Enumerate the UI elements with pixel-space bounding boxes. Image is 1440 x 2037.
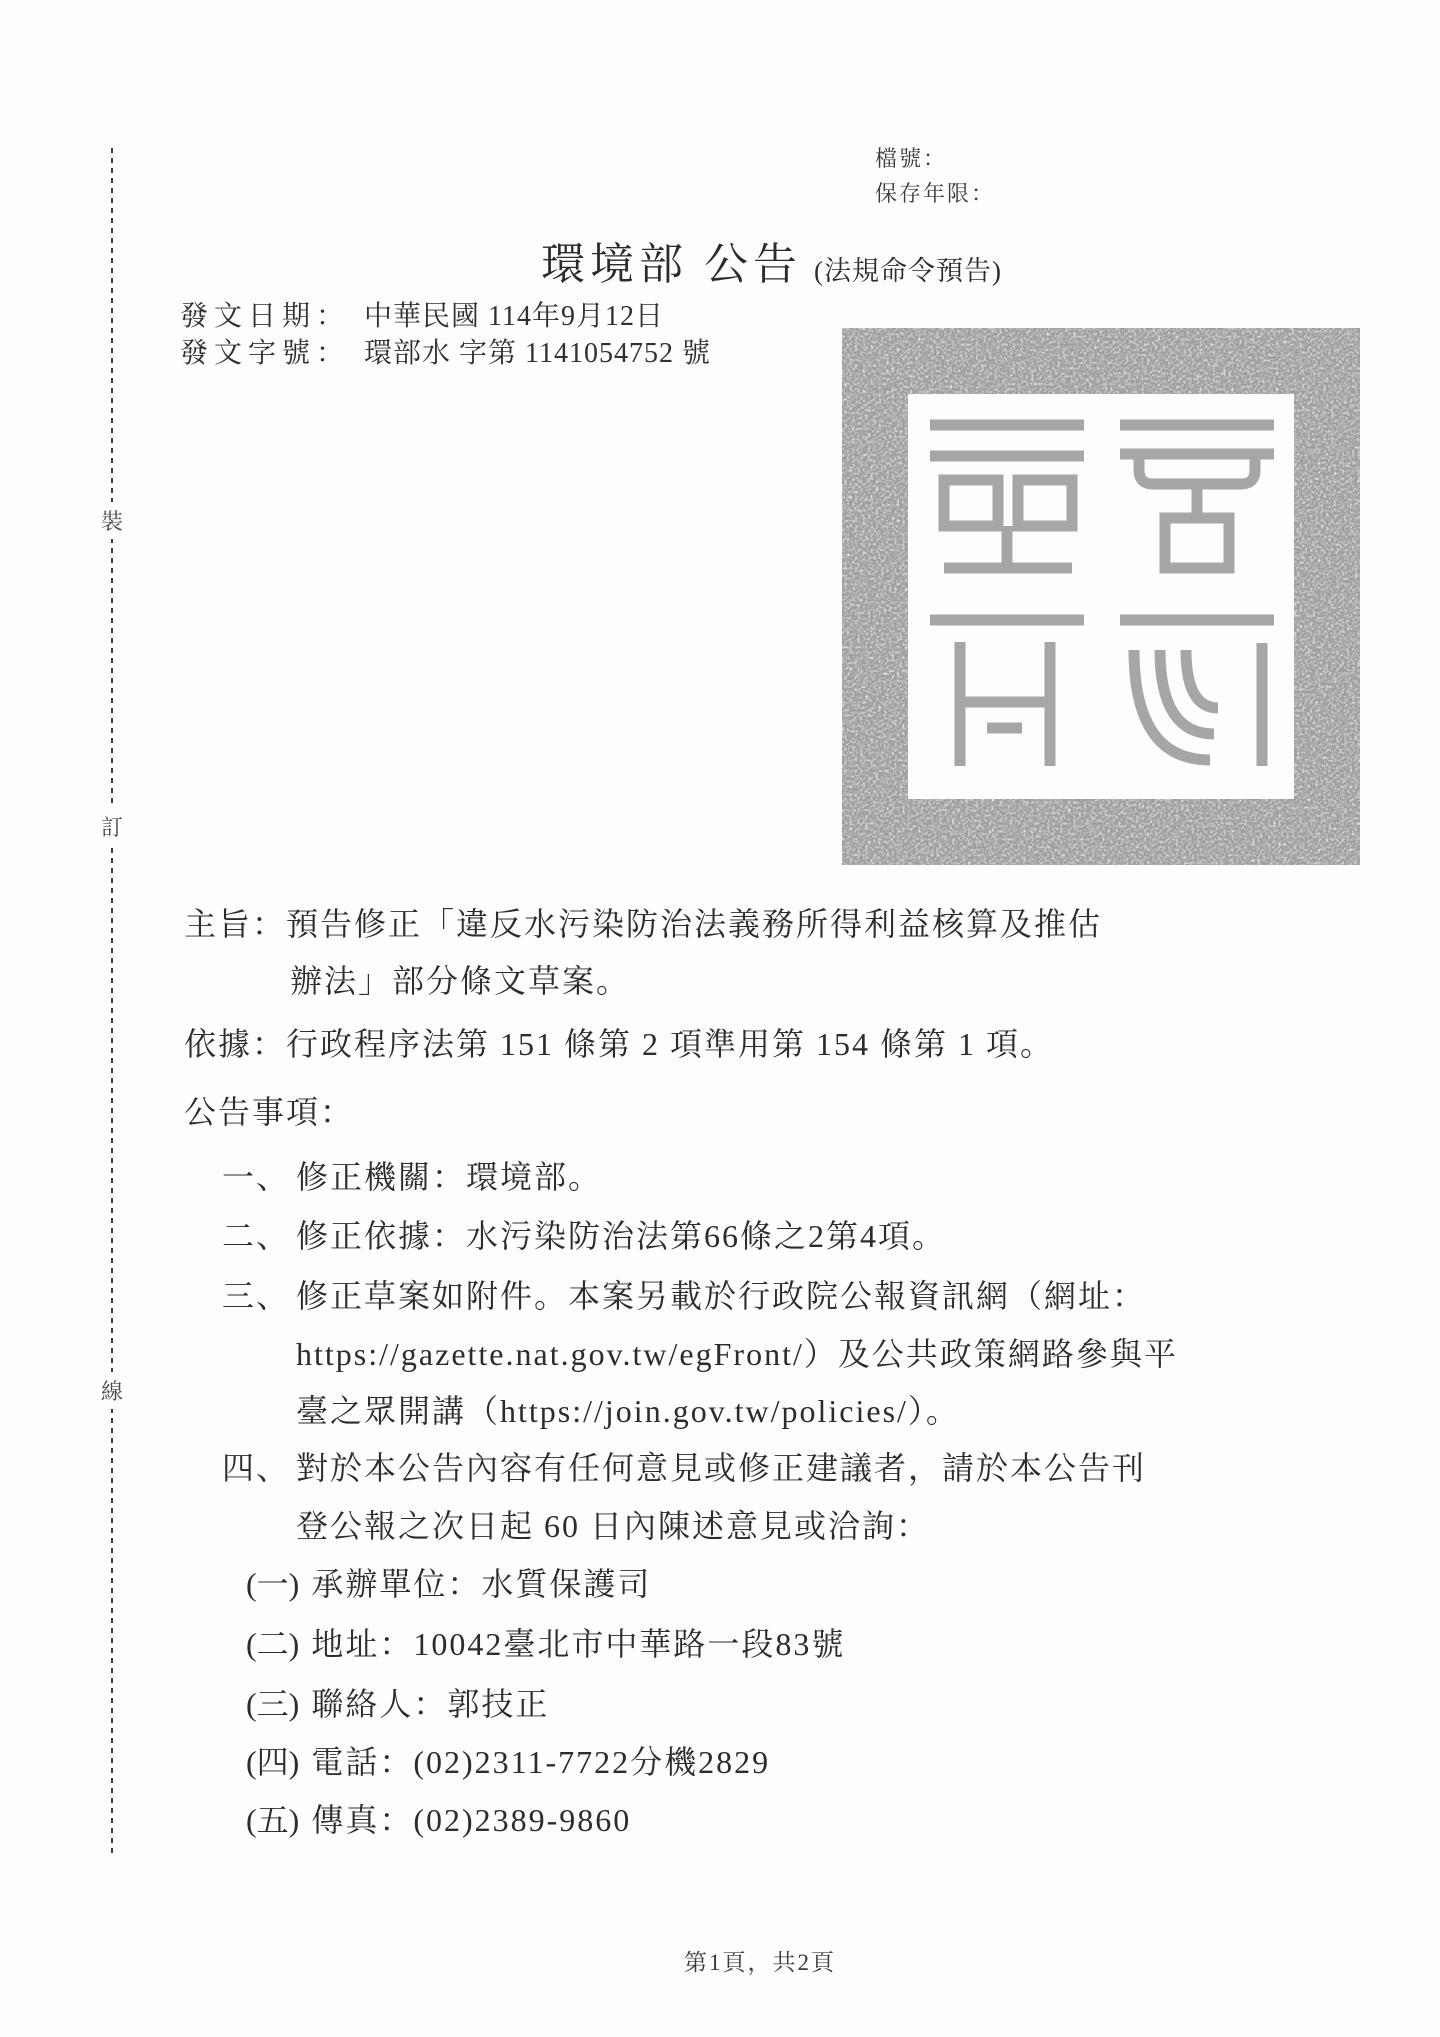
doc-number-line: 發文字號：環部水 字第 1141054752 號 bbox=[180, 338, 711, 370]
contact-address-number: (二) bbox=[246, 1626, 299, 1662]
contact-person-number: (三) bbox=[246, 1686, 299, 1722]
subject-line-2: 辦法」部分條文草案。 bbox=[290, 963, 630, 1000]
issue-date-value: 中華民國 114年9月12日 bbox=[364, 301, 664, 332]
item-3-line-3: 臺之眾開講（https://join.gov.tw/policies/）。 bbox=[296, 1393, 960, 1430]
document-title-suffix: (法規命令預告) bbox=[814, 256, 1002, 287]
issue-date-line: 發文日期：中華民國 114年9月12日 bbox=[180, 301, 664, 333]
contact-fax-number: (五) bbox=[246, 1802, 299, 1838]
subject-line-1: 主旨：預告修正「違反水污染防治法義務所得利益核算及推估 bbox=[184, 906, 1102, 943]
document-page: 裝 訂 線 檔號： 保存年限： 環境部 公告 (法規命令預告) 發文日期：中華民… bbox=[0, 0, 1440, 2037]
binding-label-zhuang: 裝 bbox=[96, 502, 128, 539]
retention-period-label: 保存年限： bbox=[875, 181, 995, 206]
contact-unit-number: (一) bbox=[246, 1566, 299, 1602]
item-1: 一、修正機關：環境部。 bbox=[222, 1159, 602, 1196]
binding-label-ding: 訂 bbox=[96, 808, 128, 845]
contact-person-text: 聯絡人：郭技正 bbox=[311, 1686, 549, 1722]
contact-phone-line: (四)電話：(02)2311-7722分機2829 bbox=[246, 1744, 770, 1781]
binding-dashed-line bbox=[111, 148, 113, 1856]
item-1-number: 一、 bbox=[222, 1159, 290, 1195]
contact-address-line: (二)地址：10042臺北市中華路一段83號 bbox=[246, 1626, 845, 1663]
contact-fax-text: 傳真：(02)2389-9860 bbox=[311, 1802, 631, 1838]
issue-date-label: 發文日期： bbox=[180, 301, 350, 332]
subject-text-1: 預告修正「違反水污染防治法義務所得利益核算及推估 bbox=[286, 906, 1102, 942]
contact-phone-number: (四) bbox=[246, 1744, 299, 1780]
item-3-text-1: 修正草案如附件。本案另載於行政院公報資訊網（網址： bbox=[296, 1278, 1146, 1314]
contact-fax-line: (五)傳真：(02)2389-9860 bbox=[246, 1802, 631, 1839]
contact-address-text: 地址：10042臺北市中華路一段83號 bbox=[311, 1626, 845, 1662]
item-1-text: 修正機關：環境部。 bbox=[296, 1159, 602, 1195]
subject-label: 主旨： bbox=[184, 906, 286, 942]
items-heading: 公告事項： bbox=[184, 1094, 354, 1131]
item-3-line-1: 三、修正草案如附件。本案另載於行政院公報資訊網（網址： bbox=[222, 1278, 1146, 1315]
ministry-seal: 環境部印 bbox=[842, 328, 1360, 865]
doc-number-value: 環部水 字第 1141054752 號 bbox=[364, 338, 711, 369]
item-4-text-1: 對於本公告內容有任何意見或修正建議者，請於本公告刊 bbox=[296, 1450, 1146, 1486]
contact-unit-text: 承辦單位：水質保護司 bbox=[311, 1566, 651, 1602]
document-title: 環境部 公告 bbox=[541, 240, 802, 291]
item-2-number: 二、 bbox=[222, 1218, 290, 1254]
file-number-label: 檔號： bbox=[875, 146, 947, 171]
contact-phone-text: 電話：(02)2311-7722分機2829 bbox=[311, 1744, 770, 1780]
contact-unit-line: (一)承辦單位：水質保護司 bbox=[246, 1566, 651, 1603]
contact-person-line: (三)聯絡人：郭技正 bbox=[246, 1686, 549, 1723]
item-3-number: 三、 bbox=[222, 1278, 290, 1314]
item-3-line-2: https://gazette.nat.gov.tw/egFront/）及公共政… bbox=[296, 1336, 1178, 1373]
item-4-line-1: 四、對於本公告內容有任何意見或修正建議者，請於本公告刊 bbox=[222, 1450, 1146, 1487]
item-4-number: 四、 bbox=[222, 1450, 290, 1486]
item-2: 二、修正依據：水污染防治法第66條之2第4項。 bbox=[222, 1218, 946, 1255]
item-2-text: 修正依據：水污染防治法第66條之2第4項。 bbox=[296, 1218, 946, 1254]
doc-number-label: 發文字號： bbox=[180, 338, 350, 369]
binding-label-xian: 線 bbox=[96, 1372, 128, 1409]
item-4-line-2: 登公報之次日起 60 日內陳述意見或洽詢： bbox=[296, 1508, 930, 1545]
legal-basis-line: 依據：行政程序法第 151 條第 2 項準用第 154 條第 1 項。 bbox=[184, 1026, 1054, 1063]
page-indicator: 第1頁，共2頁 bbox=[684, 1950, 836, 1976]
